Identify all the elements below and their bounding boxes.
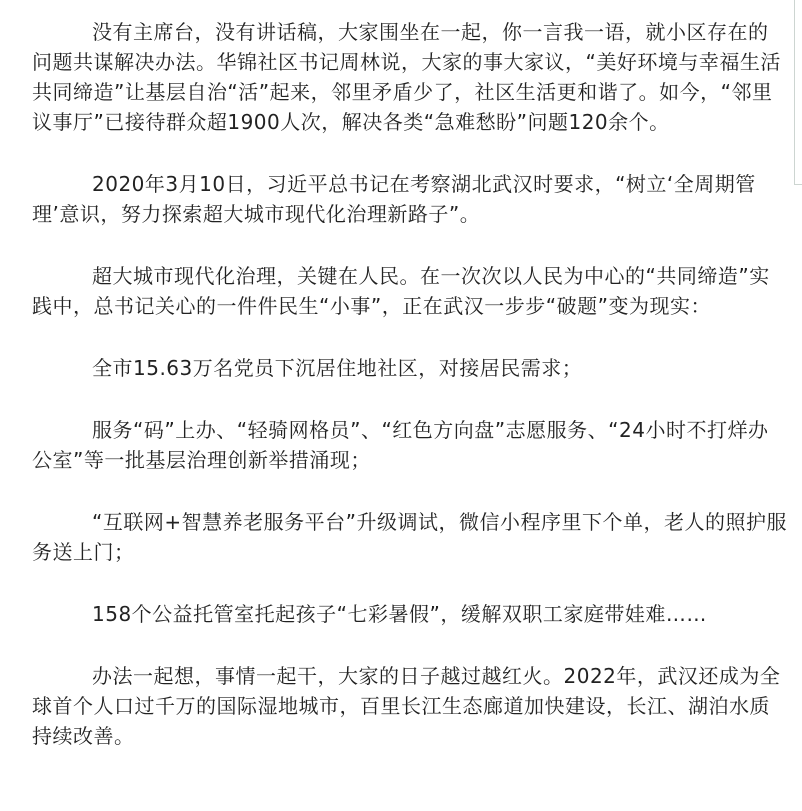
article-body: 没有主席台，没有讲话稿，大家围坐在一起，你一言我一语，就小区存在的问题共谋解决办…: [0, 0, 802, 751]
article-paragraph-6: “互联网+智慧养老服务平台”升级调试，微信小程序里下个单，老人的照护服务送上门；: [32, 507, 788, 567]
article-paragraph-7: 158个公益托管室托起孩子“七彩暑假”，缓解双职工家庭带娃难……: [32, 599, 788, 629]
article-paragraph-5: 服务“码”上办、“轻骑网格员”、“红色方向盘”志愿服务、“24小时不打烊办公室”…: [32, 415, 788, 475]
article-paragraph-3: 超大城市现代化治理，关键在人民。在一次次以人民为中心的“共同缔造”实践中，总书记…: [32, 261, 788, 321]
article-paragraph-1: 没有主席台，没有讲话稿，大家围坐在一起，你一言我一语，就小区存在的问题共谋解决办…: [32, 17, 788, 137]
article-paragraph-4: 全市15.63万名党员下沉居住地社区，对接居民需求；: [32, 353, 788, 383]
article-paragraph-8: 办法一起想，事情一起干，大家的日子越过越红火。2022年，武汉还成为全球首个人口…: [32, 661, 788, 751]
article-paragraph-2: 2020年3月10日，习近平总书记在考察湖北武汉时要求，“树立‘全周期管理’意识…: [32, 169, 788, 229]
clipped-side-panel-border: [794, 0, 802, 185]
